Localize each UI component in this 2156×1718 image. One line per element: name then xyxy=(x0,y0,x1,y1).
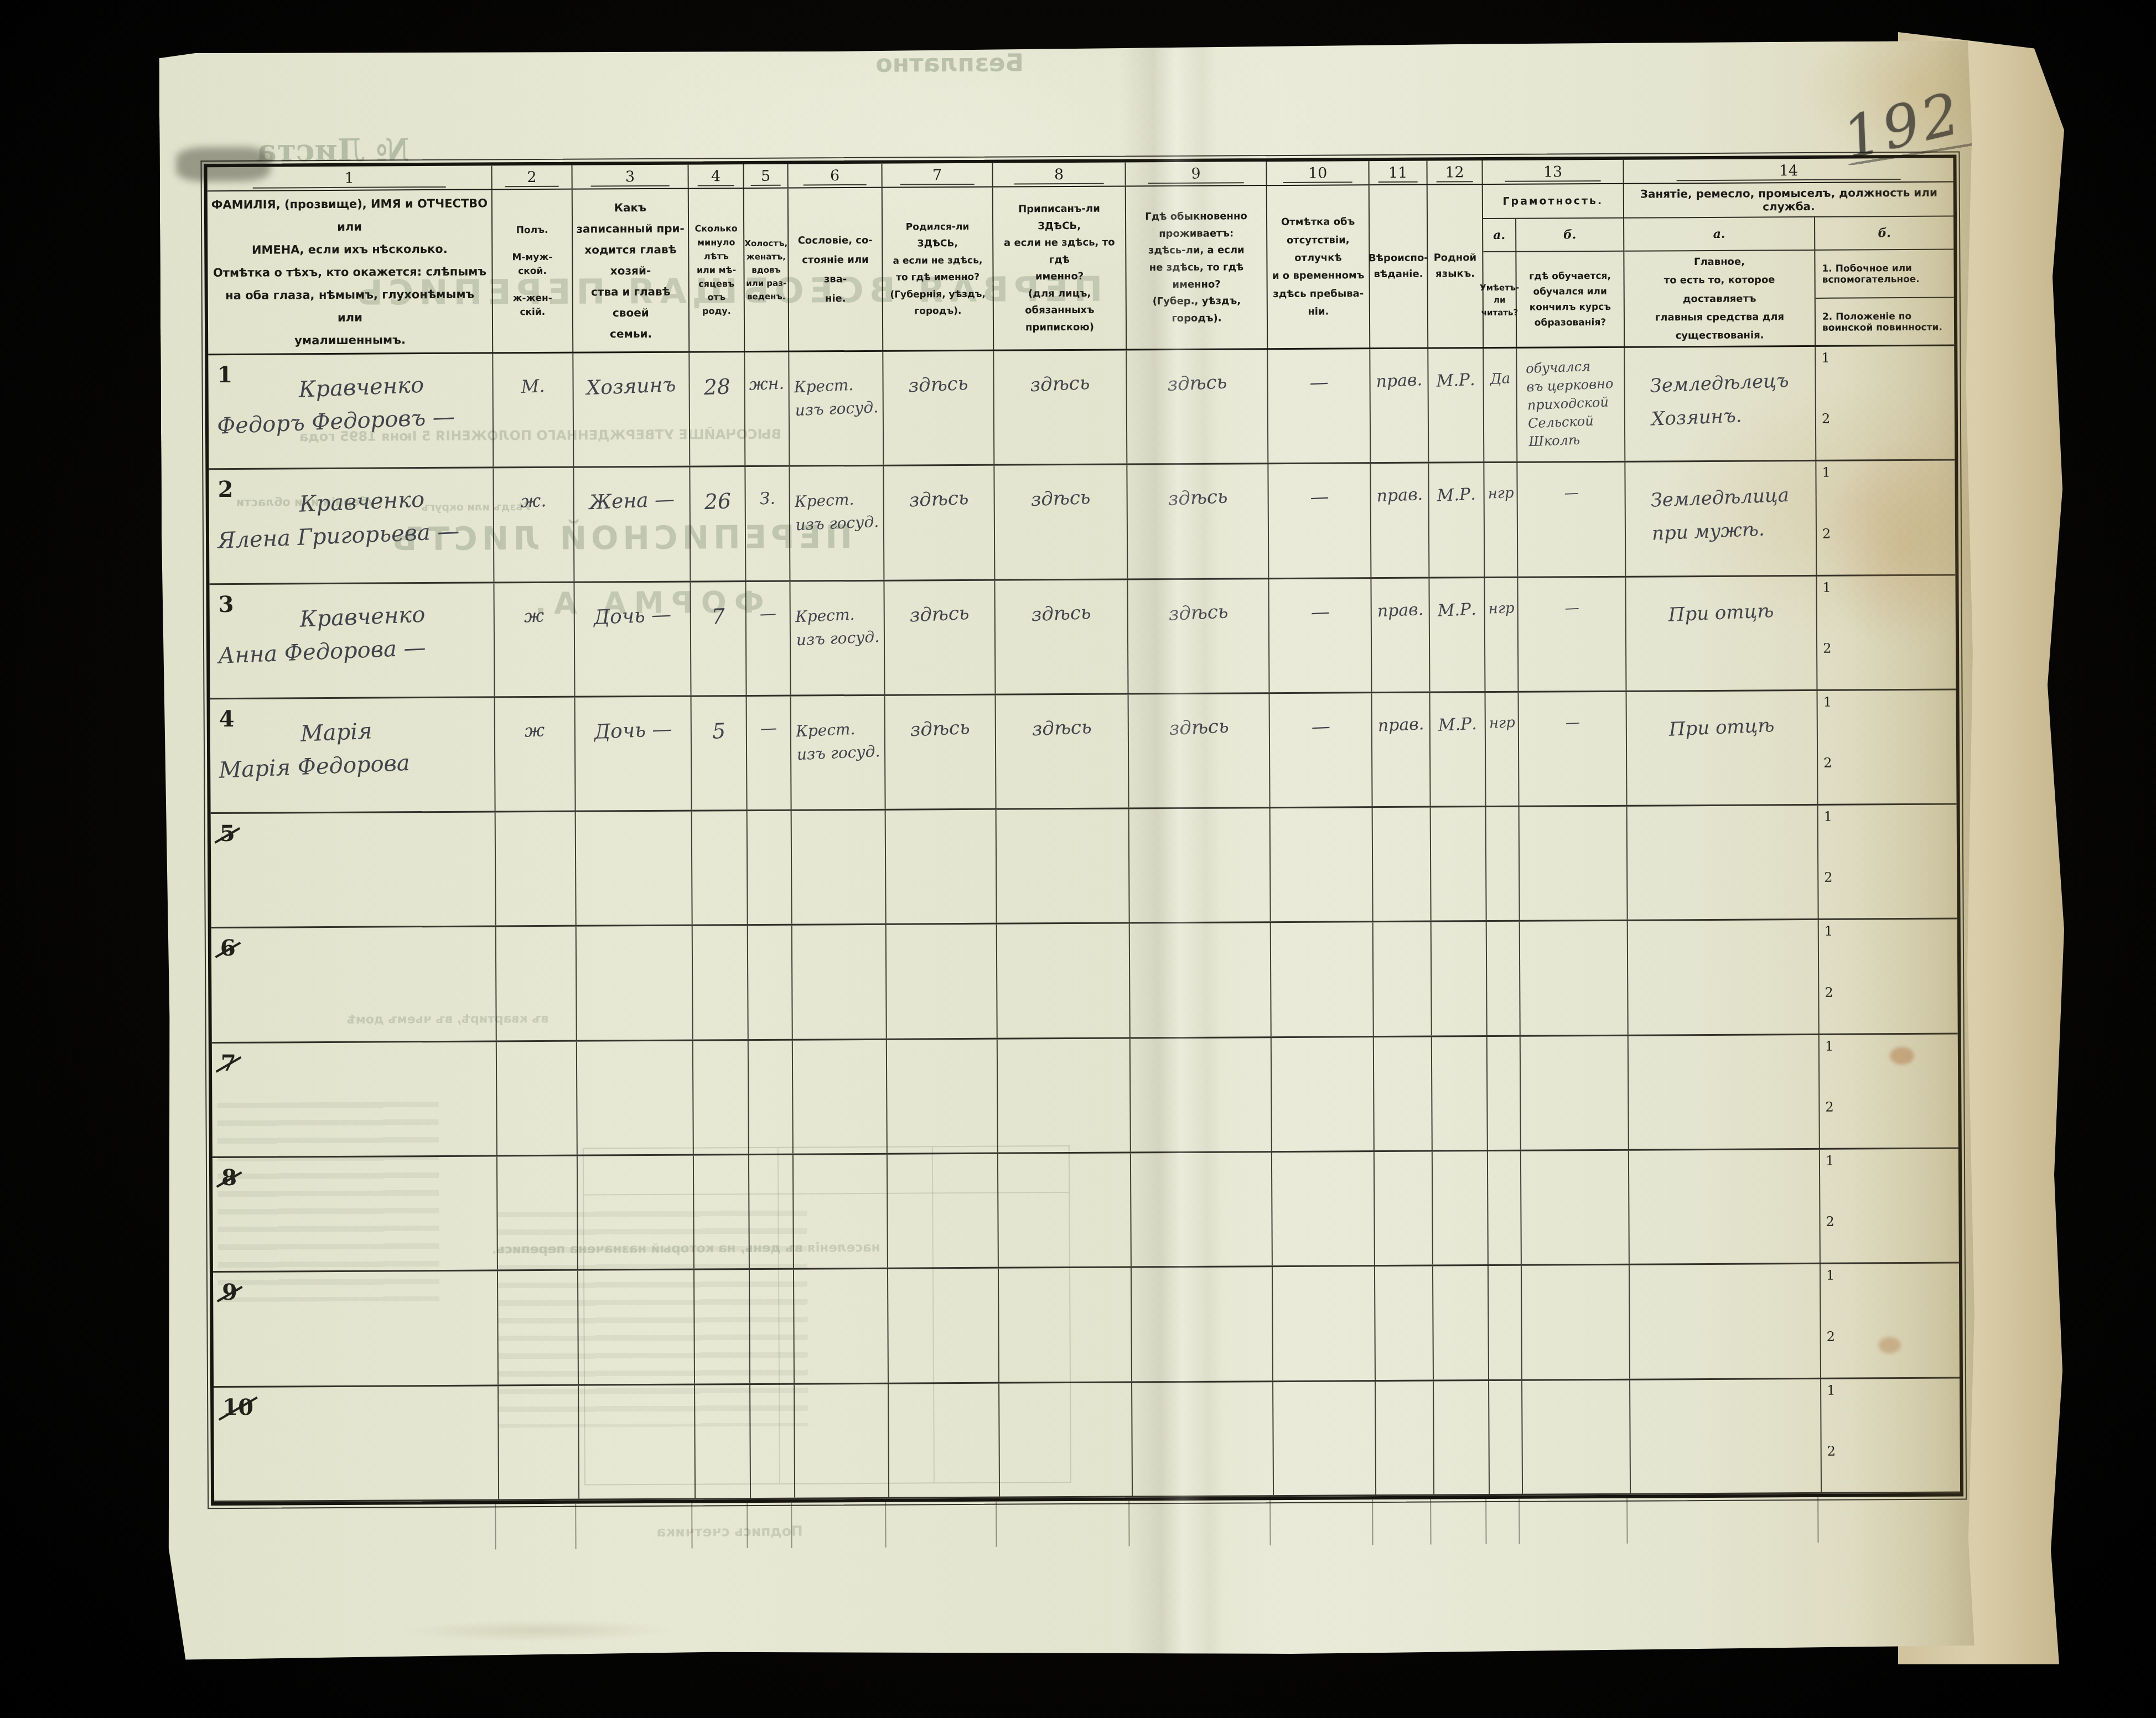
cell-empty xyxy=(1131,1153,1273,1267)
cell-language: М.Р. xyxy=(1428,349,1484,462)
cell-empty xyxy=(1486,807,1520,921)
cell-empty xyxy=(1520,807,1628,920)
census-row-3: 3Кравченко Анна Федорова — ж Дочь — 7 — … xyxy=(209,575,1956,699)
cell-sex: М. xyxy=(493,354,574,467)
census-row-10: 10 12 xyxy=(214,1378,1960,1502)
cell-sex: ж xyxy=(494,583,575,696)
cell-language: М.Р. xyxy=(1429,463,1485,577)
header-residence: Гдѣ обыкновенно проживаетъ: здѣсь-ли, а … xyxy=(1126,186,1268,350)
col-number-6: 6 xyxy=(788,164,882,188)
cell-residence: здѣсь xyxy=(1127,350,1268,464)
cell-name: 6 xyxy=(211,927,497,1042)
cell-birthplace: здѣсь xyxy=(884,580,996,694)
header-education: гдѣ обучается, обучался или кончилъ курс… xyxy=(1516,252,1624,348)
photo-backdrop: № Листа Безплатно ПЕРВАЯ ВСЕОБЩАЯ ПЕРЕПИ… xyxy=(0,0,2156,1718)
cell-occupation-side: 12 xyxy=(1820,1034,1958,1148)
cell-occupation-side: 12 xyxy=(1817,575,1956,689)
cell-empty xyxy=(1487,922,1521,1035)
cell-name: 7 xyxy=(212,1042,497,1156)
cell-registration: здѣсь xyxy=(995,580,1128,694)
cell-occupation-side: 12 xyxy=(1818,805,1957,919)
header-literacy-title: Грамотность. xyxy=(1483,184,1623,219)
cell-empty xyxy=(1520,921,1629,1035)
cell-sex: ж. xyxy=(494,468,574,582)
col-number-1: 1 xyxy=(208,165,493,190)
cell-occupation-side: 12 xyxy=(1816,346,1955,460)
cell-residence: здѣсь xyxy=(1129,694,1271,808)
cell-empty xyxy=(1629,1035,1820,1149)
col-number-5: 5 xyxy=(744,164,788,188)
cell-empty xyxy=(498,1271,579,1384)
cell-name: 4Марія Марія Федорова xyxy=(210,698,496,812)
header-occupation-title: Занятіе, ремесло, промыселъ, должность и… xyxy=(1624,183,1953,219)
header-occupation-sub-a: а. xyxy=(1624,217,1815,251)
cell-name: 5 xyxy=(211,813,496,927)
cell-religion: прав. xyxy=(1372,693,1431,806)
cell-empty xyxy=(499,1385,579,1499)
col-number-2: 2 xyxy=(493,165,573,189)
cell-empty xyxy=(1433,1266,1489,1379)
cell-name: 9 xyxy=(213,1271,499,1386)
census-row-5: 5 12 xyxy=(211,805,1957,929)
col-number-4: 4 xyxy=(688,164,744,188)
census-form-page: № Листа Безплатно ПЕРВАЯ ВСЕОБЩАЯ ПЕРЕПИ… xyxy=(159,40,1979,1661)
header-occupation-side: 1. Побочное или вспомогательное. 2. Поло… xyxy=(1815,250,1954,346)
entry-name: Кравченко Ялена Григорьева — xyxy=(216,480,494,558)
cell-occupation-side: 12 xyxy=(1816,461,1955,575)
bleedthrough-free-label: Безплатно xyxy=(875,49,1024,77)
cell-empty xyxy=(1272,1152,1375,1265)
cell-empty xyxy=(748,926,793,1039)
cell-name: 8 xyxy=(213,1156,498,1271)
header-religion: Вѣроиспо- вѣданіе. xyxy=(1370,185,1429,349)
cell-empty xyxy=(793,1040,888,1154)
col-number-8: 8 xyxy=(993,162,1126,186)
cell-empty xyxy=(497,1156,578,1270)
cell-empty xyxy=(888,1269,999,1382)
cell-empty xyxy=(578,1156,695,1269)
cell-empty xyxy=(579,1385,696,1498)
header-registration: Приписанъ-ли ЗДѢСЬ, а если не здѣсь, то … xyxy=(993,186,1127,350)
cell-empty xyxy=(750,1270,795,1383)
cell-registration: здѣсь xyxy=(994,350,1127,464)
header-birthplace: Родился-ли ЗДѢСЬ, а если не здѣсь, то гд… xyxy=(883,188,994,351)
col-number-11: 11 xyxy=(1369,161,1427,185)
cell-registration: здѣсь xyxy=(996,694,1129,808)
header-literacy-sub-a: а. xyxy=(1483,219,1516,251)
header-can-read: Умѣетъ- ли читать? xyxy=(1483,252,1517,348)
cell-empty xyxy=(1434,1381,1490,1494)
cell-empty xyxy=(749,1040,794,1154)
cell-empty xyxy=(748,811,792,925)
cell-registration: здѣсь xyxy=(994,465,1128,579)
cell-empty xyxy=(496,927,577,1040)
cell-marital: — xyxy=(747,697,792,810)
table-line-stubs xyxy=(211,1497,1963,1551)
cell-empty xyxy=(1271,923,1374,1036)
header-literacy-sub-b: б. xyxy=(1516,219,1623,251)
cell-literacy: нгр xyxy=(1485,578,1518,691)
cell-empty xyxy=(577,926,693,1040)
cell-estate: Крест. изъ госуд. xyxy=(789,352,884,465)
census-row-4: 4Марія Марія Федорова ж Дочь — 5 — Крест… xyxy=(210,690,1957,814)
cell-empty xyxy=(1431,807,1487,921)
entry-name: Кравченко Анна Федорова — xyxy=(216,595,495,672)
cell-empty xyxy=(695,1270,750,1383)
cell-education: — xyxy=(1517,463,1626,576)
cell-empty xyxy=(1522,1380,1631,1493)
cell-relation: Дочь — xyxy=(576,697,692,810)
cell-empty xyxy=(577,1041,694,1154)
cell-empty xyxy=(794,1155,888,1268)
row-number-struck: 8 xyxy=(221,1165,237,1191)
cell-empty xyxy=(497,1041,578,1155)
cell-empty xyxy=(998,1154,1132,1268)
header-relation: Какъ записанный при- ходится главѣ хозяй… xyxy=(573,189,690,353)
cell-religion: прав. xyxy=(1370,349,1429,463)
cell-age: 26 xyxy=(690,467,746,580)
cell-empty xyxy=(1131,1038,1272,1152)
cell-empty xyxy=(792,811,887,924)
cell-name: 3Кравченко Анна Федорова — xyxy=(209,583,495,698)
cell-occupation-main: При отцѣ xyxy=(1626,577,1817,691)
header-language: Родной языкъ. xyxy=(1428,185,1484,348)
cell-empty xyxy=(1375,1152,1433,1265)
row-number-struck: 6 xyxy=(220,935,236,961)
cell-education: обучался въ церковно приходской Сельской… xyxy=(1517,348,1625,461)
census-row-9: 9 12 xyxy=(213,1264,1960,1388)
census-row-6: 6 12 xyxy=(211,920,1958,1044)
cell-empty xyxy=(999,1383,1133,1497)
cell-name: 2Кравченко Ялена Григорьева — xyxy=(209,469,494,583)
header-occupation-side-1: 1. Побочное или вспомогательное. xyxy=(1815,250,1953,298)
cell-empty xyxy=(1488,1037,1521,1150)
cell-estate: Крест. изъ госуд. xyxy=(791,696,886,809)
cell-empty xyxy=(1488,1151,1522,1265)
cell-marital: З. xyxy=(745,467,790,580)
cell-empty xyxy=(1374,922,1432,1036)
cell-empty xyxy=(999,1268,1132,1382)
cell-language: М.Р. xyxy=(1431,693,1486,806)
col-number-12: 12 xyxy=(1427,160,1483,184)
header-group-literacy: Грамотность. а. б. Умѣетъ- ли читать? гд… xyxy=(1483,184,1625,348)
cell-birthplace: здѣсь xyxy=(883,351,994,465)
cell-empty xyxy=(1374,1037,1433,1150)
cell-relation: Хозяинъ xyxy=(573,353,690,466)
header-occupation-main: Главное, то есть то, которое доставляетъ… xyxy=(1624,251,1816,347)
cell-empty xyxy=(576,812,693,925)
cell-empty xyxy=(693,1041,749,1154)
row-number-struck: 7 xyxy=(221,1050,236,1076)
col-number-7: 7 xyxy=(882,163,993,187)
cell-education: — xyxy=(1519,692,1628,806)
census-row-8: 8 12 xyxy=(213,1149,1959,1273)
header-name: ФАМИЛІЯ, (прозвище), ИМЯ и ОТЧЕСТВО или … xyxy=(208,190,494,354)
cell-literacy: нгр xyxy=(1486,693,1520,806)
cell-sex: ж xyxy=(495,698,576,811)
cell-religion: прав. xyxy=(1371,464,1429,577)
cell-empty xyxy=(792,925,887,1039)
cell-empty xyxy=(693,926,749,1040)
cell-empty xyxy=(997,924,1131,1038)
cell-empty xyxy=(998,1039,1131,1153)
row-number-struck: 9 xyxy=(222,1279,237,1305)
header-absence: Отмѣтка объ отсутствіи, отлучкѣ и о врем… xyxy=(1267,185,1371,349)
cell-empty xyxy=(1132,1267,1273,1381)
cell-estate: Крест. изъ госуд. xyxy=(790,466,884,580)
cell-occupation-main: При отцѣ xyxy=(1627,691,1818,805)
cell-estate: Крест. изъ госуд. xyxy=(790,581,885,694)
col-number-10: 10 xyxy=(1267,161,1369,185)
entry-name: Кравченко Федоръ Федоровъ — xyxy=(215,366,494,443)
cell-residence: здѣсь xyxy=(1127,464,1269,578)
cell-empty xyxy=(794,1269,889,1383)
cell-marital: жн. xyxy=(745,352,790,466)
header-row: ФАМИЛІЯ, (прозвище), ИМЯ и ОТЧЕСТВО или … xyxy=(208,183,1955,356)
cell-empty xyxy=(692,811,748,925)
cell-residence: здѣсь xyxy=(1128,579,1269,693)
row-number-struck: 10 xyxy=(222,1394,253,1420)
cell-empty xyxy=(1521,1036,1629,1149)
cell-religion: прав. xyxy=(1371,578,1430,692)
cell-empty xyxy=(694,1155,750,1269)
cell-empty xyxy=(888,1154,999,1268)
cell-name: 1Кравченко Федоръ Федоровъ — xyxy=(208,354,494,468)
cell-empty xyxy=(1130,923,1272,1037)
row-number-struck: 5 xyxy=(220,821,235,847)
cell-empty xyxy=(1630,1379,1822,1493)
cell-occupation-side: 12 xyxy=(1819,920,1958,1034)
cell-empty xyxy=(1489,1380,1523,1494)
cell-empty xyxy=(1373,808,1432,921)
stain xyxy=(400,1619,676,1643)
cell-empty xyxy=(1273,1382,1376,1495)
cell-relation: Жена — xyxy=(574,468,691,581)
cell-empty xyxy=(1489,1266,1522,1379)
cell-birthplace: здѣсь xyxy=(884,466,995,579)
cell-occupation-side: 12 xyxy=(1818,690,1957,804)
cell-empty xyxy=(1129,808,1271,922)
cell-empty xyxy=(1432,922,1488,1036)
cell-age: 5 xyxy=(692,697,748,810)
cell-language: М.Р. xyxy=(1429,578,1485,692)
cell-absence: — xyxy=(1269,579,1372,692)
cell-absence: — xyxy=(1268,349,1371,463)
census-row-1: 1Кравченко Федоръ Федоровъ — М. Хозяинъ … xyxy=(208,346,1955,470)
header-age: Сколько минуло лѣтъ или мѣ- сяцевъ отъ р… xyxy=(689,189,745,352)
cell-relation: Дочь — xyxy=(574,582,691,695)
cell-empty xyxy=(1376,1381,1434,1494)
header-sex: Полъ. М-муж- ской. ж-жен- скій. xyxy=(493,190,574,353)
col-number-9: 9 xyxy=(1126,162,1267,185)
cell-empty xyxy=(496,812,577,926)
cell-empty xyxy=(887,1039,998,1153)
cell-empty xyxy=(1629,1150,1821,1264)
cell-empty xyxy=(695,1385,751,1498)
cell-occupation-main: Земледѣлецъ Хозяинъ. xyxy=(1625,347,1816,461)
cell-age: 7 xyxy=(691,582,747,695)
cell-empty xyxy=(1522,1265,1630,1379)
header-marital: Холостъ, женатъ, вдовъ или раз- веденъ. xyxy=(744,189,790,352)
cell-occupation-side: 12 xyxy=(1820,1149,1959,1263)
cell-birthplace: здѣсь xyxy=(885,695,997,809)
cell-empty xyxy=(1433,1151,1489,1265)
cell-empty xyxy=(1432,1037,1488,1150)
cell-empty xyxy=(1521,1151,1630,1264)
header-group-occupation: Занятіе, ремесло, промыселъ, должность и… xyxy=(1624,183,1955,347)
cell-empty xyxy=(1630,1264,1821,1378)
census-row-7: 7 12 xyxy=(212,1034,1958,1158)
header-estate: Сословіе, со- стояніе или зва- ніе. xyxy=(789,188,884,351)
cell-occupation-side: 12 xyxy=(1821,1264,1960,1378)
cell-empty xyxy=(1375,1267,1434,1380)
cell-absence: — xyxy=(1270,693,1373,807)
cell-empty xyxy=(1273,1267,1376,1380)
census-row-2: 2Кравченко Ялена Григорьева — ж. Жена — … xyxy=(209,461,1955,585)
cell-empty xyxy=(1628,920,1820,1034)
cell-empty xyxy=(997,809,1130,923)
cell-occupation-side: 12 xyxy=(1821,1378,1960,1492)
cell-empty xyxy=(1272,1037,1375,1151)
cell-empty xyxy=(886,810,997,923)
header-occupation-sub-b: б. xyxy=(1815,217,1953,250)
cell-empty xyxy=(749,1155,794,1269)
cell-empty xyxy=(887,925,998,1038)
cell-name: 10 xyxy=(214,1386,499,1501)
cell-empty xyxy=(1271,808,1374,921)
cell-occupation-main: Земледѣлица при мужѣ. xyxy=(1625,461,1817,575)
cell-age: 28 xyxy=(690,352,745,466)
cell-empty xyxy=(750,1384,795,1498)
census-table: 1 2 3 4 5 6 7 8 9 10 11 12 13 14 ФАМИЛІЯ… xyxy=(204,155,1963,1506)
cell-literacy: Да xyxy=(1484,349,1517,462)
col-number-13: 13 xyxy=(1483,160,1624,184)
entry-name: Марія Марія Федорова xyxy=(217,710,495,787)
col-number-14: 14 xyxy=(1624,158,1953,183)
cell-empty xyxy=(795,1384,889,1497)
header-occupation-side-2: 2. Положеніе по воинской повинности. xyxy=(1816,297,1954,346)
cell-empty xyxy=(578,1270,695,1384)
cell-empty xyxy=(889,1383,1000,1497)
cell-empty xyxy=(1628,806,1819,920)
col-number-3: 3 xyxy=(572,165,688,189)
cell-empty xyxy=(1132,1382,1274,1496)
cell-literacy: нгр xyxy=(1484,463,1518,577)
cell-education: — xyxy=(1518,577,1626,691)
cell-absence: — xyxy=(1268,464,1371,577)
cell-marital: — xyxy=(746,582,791,695)
